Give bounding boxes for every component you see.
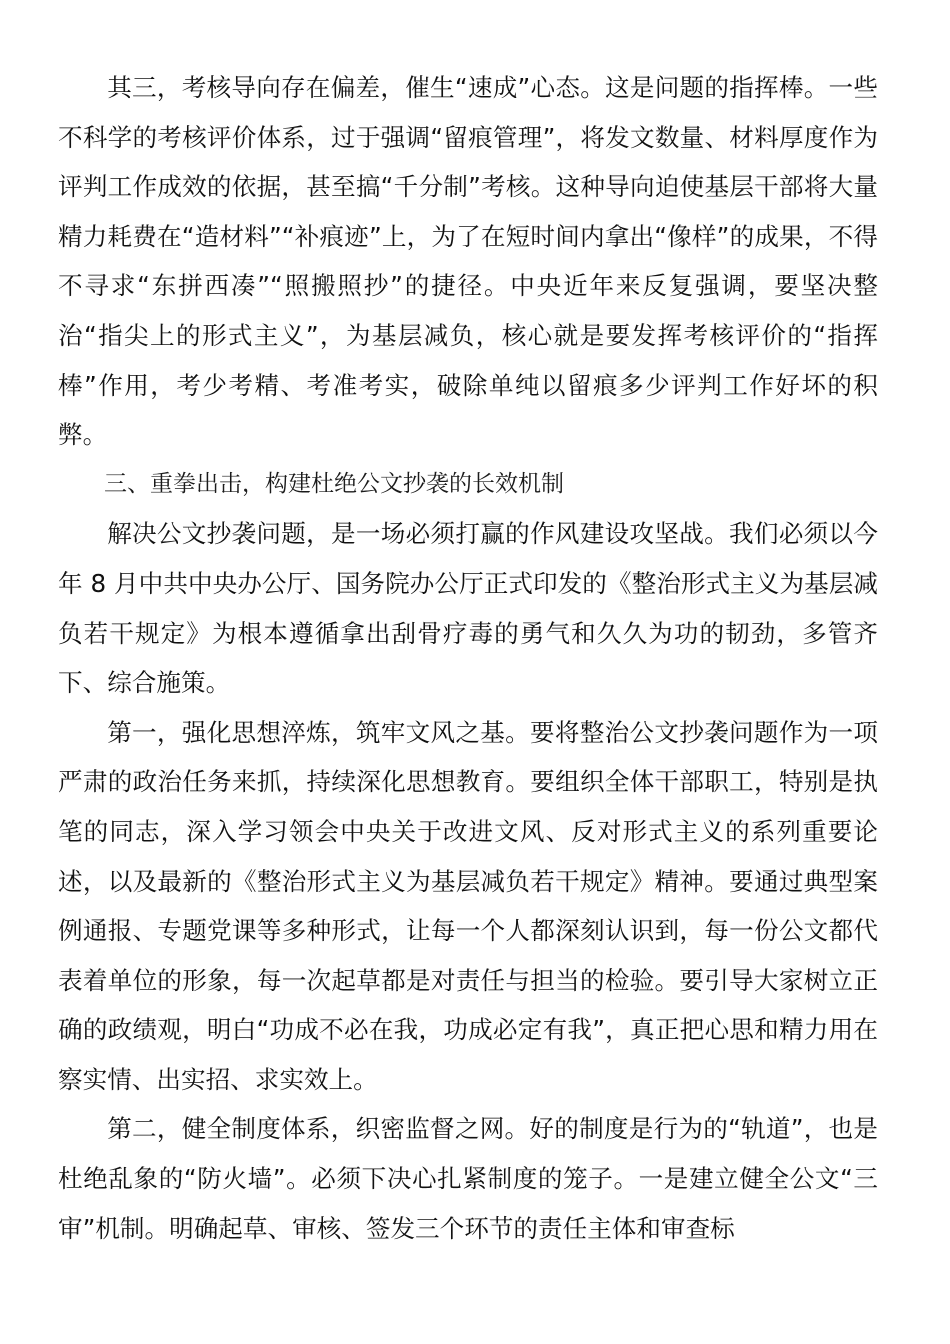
paragraph-first-measure: 第一，强化思想淬炼，筑牢文风之基。要将整治公文抄袭问题作为一项严肃的政治任务来抓…: [58, 708, 878, 1105]
paragraph-section-intro: 解决公文抄袭问题，是一场必须打赢的作风建设攻坚战。我们必须以今年 8 月中共中央…: [58, 509, 878, 707]
paragraph-assessment-bias: 其三，考核导向存在偏差，催生“速成”心态。这是问题的指挥棒。一些不科学的考核评价…: [58, 63, 878, 460]
document-page: 其三，考核导向存在偏差，催生“速成”心态。这是问题的指挥棒。一些不科学的考核评价…: [58, 63, 878, 1253]
section-heading-three: 三、重拳出击，构建杜绝公文抄袭的长效机制: [58, 460, 878, 510]
paragraph-second-measure: 第二，健全制度体系，织密监督之网。好的制度是行为的“轨道”，也是杜绝乱象的“防火…: [58, 1104, 878, 1253]
